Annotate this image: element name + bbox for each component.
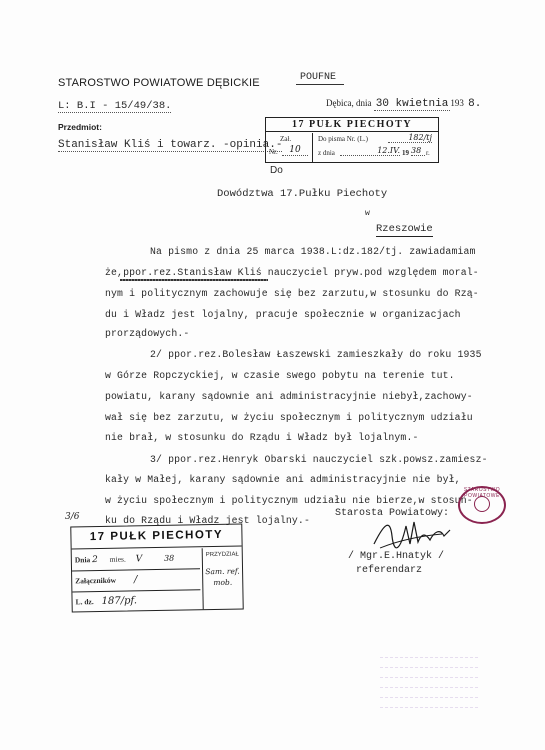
attachments-label: Załączników [75, 576, 116, 586]
day-label: Dnia [75, 555, 91, 564]
subject-text: Stanisław Kliś i towarz. -opinia.- [58, 139, 282, 152]
body-line: 2/ ppor.rez.Bolesław Łaszewski zamieszka… [150, 349, 482, 360]
body-line: prorządowych.- [105, 328, 189, 339]
date-year-prefix: 193 [450, 98, 464, 108]
body-line: w życiu społecznym i politycznym udziału… [105, 495, 473, 506]
nr-value: 10 [282, 145, 308, 156]
official-seal: STAROSTWO POWIATOWE [458, 486, 506, 524]
scanned-letter-page: STAROSTWO POWIATOWE DĘBICKIE L: B.I - 15… [0, 0, 545, 750]
registry-number: 3/6 [65, 512, 79, 522]
eagle-emblem-icon [474, 496, 490, 512]
date-year-suffix: 8. [466, 98, 483, 110]
signatory-role: referendarz [356, 565, 422, 576]
assignment-label: PRZYDZIAŁ [203, 552, 242, 559]
classification-mark: POUFNE [296, 72, 344, 85]
body-line: nym i politycznym zachowuje się bez zarz… [105, 288, 479, 299]
year-value: 38 [411, 146, 425, 156]
addressee-prefix: Do [270, 165, 283, 176]
body-line: kały w Małej, karany sądownie ani admini… [105, 474, 461, 485]
registry-stamp-title-text: 17 PUŁK PIECHOTY [90, 529, 223, 543]
assignment-box: PRZYDZIAŁ Sam. ref. mob. [202, 548, 243, 610]
reference-number: L: B.I - 15/49/38. [58, 100, 171, 113]
day-value: 2 [92, 555, 98, 565]
assignment-value: Sam. ref. mob. [203, 566, 242, 589]
body-line: powiatu, karany sądownie ani administrac… [105, 391, 473, 402]
ref-row: L. dz. 187/pf. [72, 590, 200, 612]
attachment-box: Zał. Nr. 10 [266, 133, 313, 162]
date-value: 12.IV. [340, 146, 400, 156]
ref-label: L. dz. [76, 597, 94, 606]
nr-label: Nr. [269, 148, 278, 156]
zal-label: Zał. [280, 135, 291, 143]
date-label: z dnia [318, 149, 335, 157]
place-date: Dębica, dnia 30 kwietnia193 8. [326, 98, 483, 110]
registry-date-row: Dnia 2 mies. V 38 [72, 548, 200, 571]
letter-no-label: Do pisma Nr. (L.) [318, 135, 368, 143]
body-line: 3/ ppor.rez.Henryk Obarski nauczyciel sz… [150, 454, 488, 465]
incoming-stamp-title: 17 PUŁK PIECHOTY [266, 118, 438, 132]
attachments-row: Załączników / [72, 569, 200, 592]
month-label: mies. [110, 555, 126, 564]
place-prefix: Dębica, dnia [326, 98, 371, 108]
ref-value: 187/pf. [101, 595, 137, 607]
month-value: V [136, 554, 143, 564]
date-day-month: 30 kwietnia [374, 98, 451, 111]
year-suffix: r. [426, 149, 430, 157]
body-line: że,ppor.rez.Stanisław Kliś nauczyciel pr… [105, 267, 479, 278]
pencil-underline [120, 279, 268, 281]
body-line: du i Władz jest lojalny, pracuje społecz… [105, 309, 461, 320]
addressee-in: w [365, 209, 370, 218]
addressee-name: Dowództwa 17.Pułku Piechoty [217, 188, 387, 200]
body-line: nie brał, w stosunku do Rządu i Władz by… [105, 432, 419, 443]
signatory-name: / Mgr.E.Hnatyk / [348, 551, 444, 562]
issuing-office: STAROSTWO POWIATOWE DĘBICKIE [58, 77, 260, 89]
handwritten-signature [370, 514, 460, 554]
body-line: w Górze Ropczyckiej, w czasie swego poby… [105, 370, 455, 381]
addressee-city: Rzeszowie [376, 223, 433, 237]
year-prefix: 19 [402, 149, 409, 157]
letter-ref-box: Do pisma Nr. (L.) 182/tj z dnia 12.IV. 1… [314, 133, 438, 162]
body-line: wał się bez zarzutu, w życiu społecznym … [105, 412, 473, 423]
attachments-value: / [134, 574, 138, 585]
letter-no-value: 182/tj [388, 133, 432, 143]
faint-bleedthrough-text [380, 648, 480, 717]
regiment-registry-stamp: 17 PUŁK PIECHOTY Dnia 2 mies. V 38 Załąc… [70, 524, 243, 613]
registry-stamp-title: 17 PUŁK PIECHOTY [71, 525, 241, 550]
subject-label: Przedmiot: [58, 122, 102, 132]
year-value: 38 [164, 554, 174, 563]
incoming-registry-stamp: 17 PUŁK PIECHOTY Zał. Nr. 10 Do pisma Nr… [265, 117, 439, 163]
body-line: Na pismo z dnia 25 marca 1938.L:dz.182/t… [150, 246, 476, 257]
